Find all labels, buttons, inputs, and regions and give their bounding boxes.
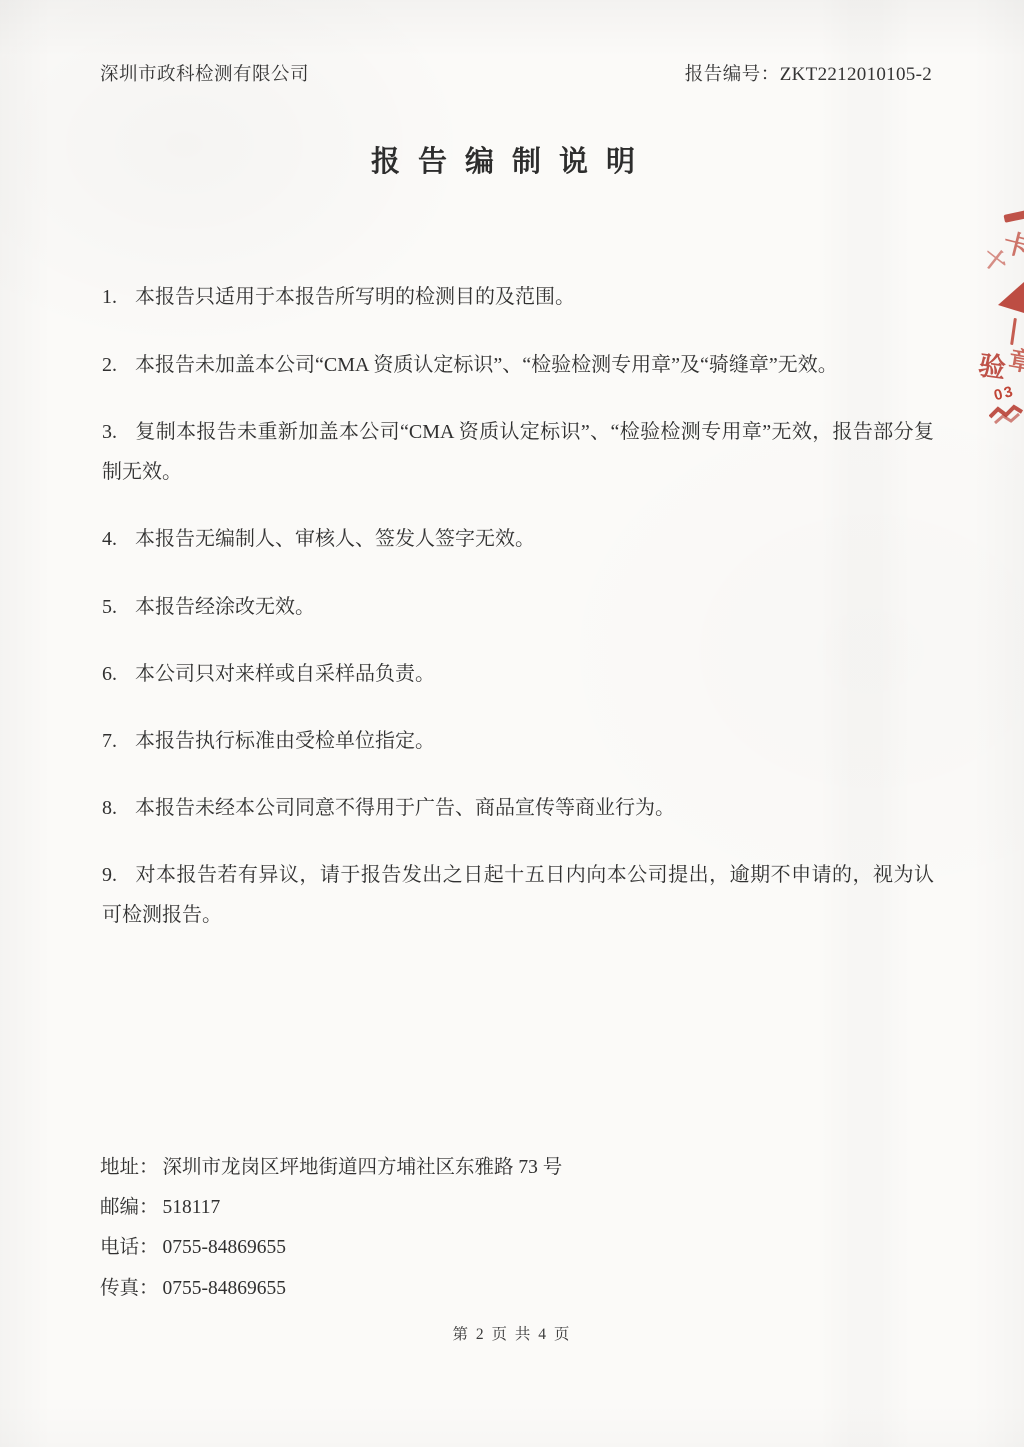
contact-label: 传真： xyxy=(100,1278,159,1299)
clause-number: 1. xyxy=(102,286,117,308)
contact-address: 地址：深圳市龙岗区坪地街道四方埔社区东雅路 73 号 xyxy=(100,1154,562,1182)
seal-triangle-fragment xyxy=(998,282,1024,313)
clause-4: 4.本报告无编制人、审核人、签发人签字无效。 xyxy=(102,519,934,559)
clause-text: 本报告只适用于本报告所写明的检测目的及范围。 xyxy=(135,286,575,308)
contact-value: 深圳市龙岗区坪地街道四方埔社区东雅路 73 号 xyxy=(163,1157,563,1178)
clause-3: 3.复制本报告未重新加盖本公司“CMA 资质认定标识”、“检验检测专用章”无效，… xyxy=(102,412,934,492)
page-header: 深圳市政科检测有限公司 报告编号：ZKT2212010105-2 xyxy=(100,60,932,86)
contact-phone: 电话：0755-84869655 xyxy=(100,1234,286,1262)
clause-9: 9.对本报告若有异议，请于报告发出之日起十五日内向本公司提出，逾期不申请的，视为… xyxy=(102,855,934,935)
clause-number: 5. xyxy=(102,596,117,618)
seal-zigzag-fragment xyxy=(989,402,1024,426)
clause-5: 5.本报告经涂改无效。 xyxy=(102,587,934,627)
clause-number: 4. xyxy=(102,528,117,550)
seal-bar-fragment xyxy=(1003,209,1024,223)
clause-number: 7. xyxy=(102,730,117,752)
clause-8: 8.本报告未经本公司同意不得用于广告、商品宣传等商业行为。 xyxy=(102,788,934,828)
clause-text: 对本报告若有异议，请于报告发出之日起十五日内向本公司提出，逾期不申请的，视为认可… xyxy=(102,864,934,926)
clause-text: 复制本报告未重新加盖本公司“CMA 资质认定标识”、“检验检测专用章”无效，报告… xyxy=(102,421,934,483)
contact-value: 518117 xyxy=(163,1197,221,1218)
page-number: 第 2 页 共 4 页 xyxy=(0,1324,1024,1346)
contact-postcode: 邮编：518117 xyxy=(100,1194,220,1222)
seal-character: 验 xyxy=(978,343,1009,385)
page-title: 报告编制说明 xyxy=(0,142,1024,182)
clause-text: 本公司只对来样或自采样品负责。 xyxy=(135,663,435,685)
cross-page-seal-stamp: 卡 十 验 章 03 xyxy=(978,205,1024,433)
clause-text: 本报告执行标准由受检单位指定。 xyxy=(135,730,435,752)
seal-partial-character: 章 xyxy=(1006,340,1024,380)
contact-fax: 传真：0755-84869655 xyxy=(100,1275,286,1303)
contact-label: 电话： xyxy=(100,1237,159,1258)
clause-text: 本报告未加盖本公司“CMA 资质认定标识”、“检验检测专用章”及“骑缝章”无效。 xyxy=(135,354,838,376)
clause-text: 本报告无编制人、审核人、签发人签字无效。 xyxy=(135,528,535,550)
clause-number: 8. xyxy=(102,797,117,819)
clause-6: 6.本公司只对来样或自采样品负责。 xyxy=(102,654,934,694)
clause-2: 2.本报告未加盖本公司“CMA 资质认定标识”、“检验检测专用章”及“骑缝章”无… xyxy=(102,345,934,385)
clause-1: 1.本报告只适用于本报告所写明的检测目的及范围。 xyxy=(102,277,934,317)
report-number-value: ZKT2212010105-2 xyxy=(780,64,932,85)
clause-7: 7.本报告执行标准由受检单位指定。 xyxy=(102,721,934,761)
company-name: 深圳市政科检测有限公司 xyxy=(100,60,309,86)
contact-label: 地址： xyxy=(100,1157,159,1178)
clause-number: 6. xyxy=(102,663,117,685)
clause-text: 本报告未经本公司同意不得用于广告、商品宣传等商业行为。 xyxy=(135,797,675,819)
report-number-label: 报告编号： xyxy=(685,65,780,85)
clause-text: 本报告经涂改无效。 xyxy=(135,596,315,618)
clause-number: 3. xyxy=(102,421,117,443)
contact-value: 0755-84869655 xyxy=(163,1237,287,1258)
clause-number: 9. xyxy=(102,864,117,886)
contact-label: 邮编： xyxy=(100,1197,159,1218)
contact-value: 0755-84869655 xyxy=(163,1278,287,1299)
clause-number: 2. xyxy=(102,354,117,376)
report-number: 报告编号：ZKT2212010105-2 xyxy=(685,60,932,86)
